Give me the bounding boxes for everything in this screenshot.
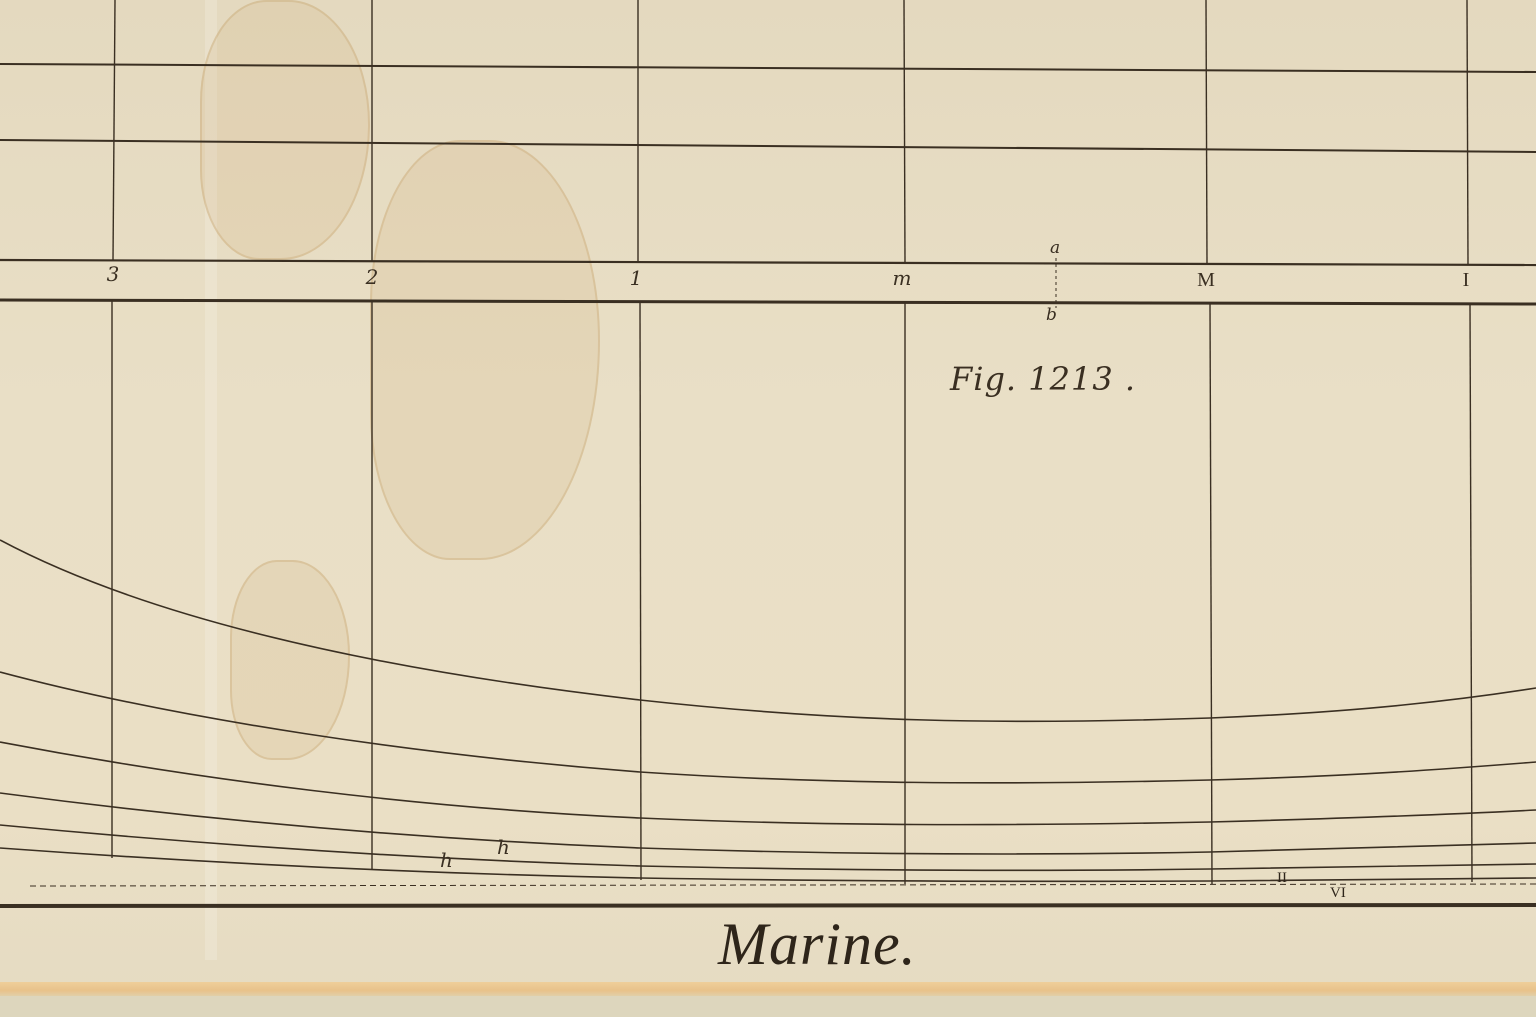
keel-label-II: II	[1277, 870, 1287, 887]
hull-curve-1	[0, 540, 1536, 721]
section-marker-a: a	[1050, 238, 1060, 258]
upper-horizontal-line	[0, 140, 1536, 152]
keel-dashed-line	[30, 884, 1536, 886]
station-line	[640, 302, 641, 880]
station-label-I: I	[1463, 269, 1470, 292]
station-label-M: M	[1197, 269, 1215, 292]
keel-label-VI: VI	[1330, 885, 1346, 902]
engraved-plate: 3 2 1 m M I a b Fig. 1213 . h h II VI Ma…	[0, 0, 1536, 1017]
hull-curve-5	[0, 825, 1536, 870]
mount-mat	[0, 996, 1536, 1017]
hull-curve-3	[0, 742, 1536, 825]
hull-curve-6	[0, 848, 1536, 881]
station-line	[904, 0, 905, 263]
hull-lines-drawing	[0, 0, 1536, 1017]
waterline-label-h: h	[440, 848, 453, 872]
baseline-upper	[0, 260, 1536, 265]
station-line	[113, 0, 115, 260]
station-line	[1467, 0, 1468, 264]
plate-title: Marine.	[718, 910, 917, 979]
waterline-label-h: h	[497, 835, 510, 859]
mount-mat-edge	[0, 982, 1536, 996]
station-line	[1210, 303, 1212, 884]
section-marker-b: b	[1046, 305, 1057, 325]
station-label-2: 2	[366, 265, 379, 289]
station-line	[1470, 303, 1472, 882]
station-label-1: 1	[630, 266, 643, 290]
station-line	[1206, 0, 1207, 264]
bottom-border-rule	[0, 905, 1536, 906]
hull-curve-2	[0, 672, 1536, 783]
upper-horizontal-line	[0, 64, 1536, 72]
figure-caption: Fig. 1213 .	[950, 360, 1136, 398]
baseline-lower	[0, 300, 1536, 304]
station-label-3: 3	[107, 262, 120, 286]
station-label-m: m	[893, 266, 912, 290]
